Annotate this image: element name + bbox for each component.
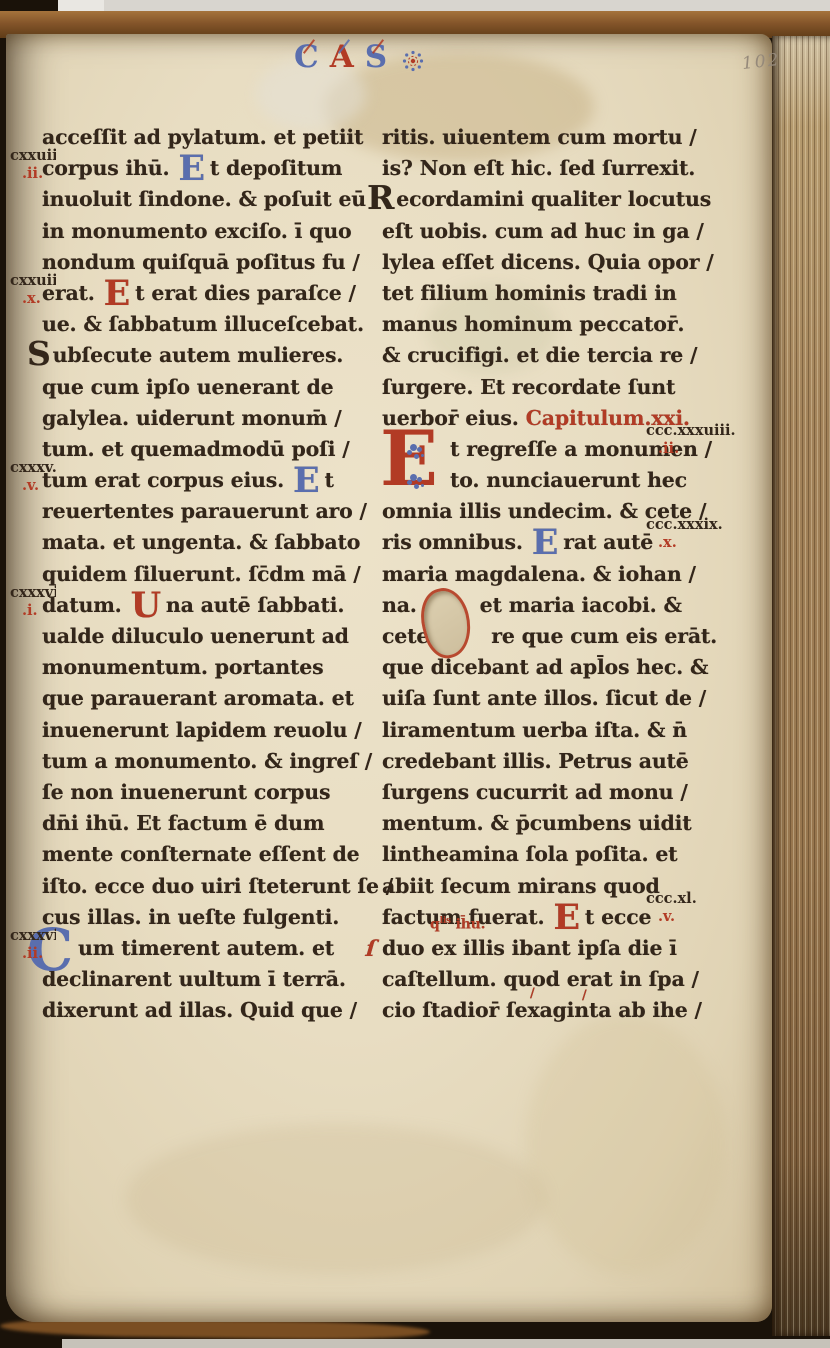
section-number: ccc.xxxix. [646, 516, 723, 533]
gloss-text: ih̄u. [451, 917, 485, 933]
gloss-superscript: lis [440, 916, 451, 926]
section-number: cxxxv. [10, 459, 56, 476]
text-line: que dicebant ad apl̄os hec. & [382, 652, 734, 683]
body-text: quidem ſiluerunt. ſc̄dm mā / [42, 562, 361, 586]
initial-dot-ornament [410, 474, 417, 481]
canon-number: .v. [22, 476, 56, 496]
body-text: na. [382, 593, 424, 617]
marginal-section-number: ccc.xxxuiii..ii. [646, 422, 736, 459]
initial-letter: E [530, 522, 563, 563]
text-line: ſurgere. Et recordate ſunt [382, 372, 734, 403]
manuscript-scan: CAS 102 acceſſit ad pylatum. et petiitco… [0, 0, 830, 1348]
marginal-section-number: ccc.xl..v. [646, 890, 697, 927]
initial-dot-ornament [410, 444, 417, 451]
text-line: ualde diluculo uenerunt ad [42, 621, 376, 652]
body-text: t [324, 468, 333, 492]
body-text: tet filium hominis tradi in [382, 281, 677, 305]
initial-letter: R [367, 178, 396, 217]
body-text: maria magdalena. & iohan / [382, 562, 696, 586]
text-line: in monumento exciſo. ī quo [42, 216, 376, 247]
text-line: Subſecute autem mulieres. [27, 340, 376, 371]
body-text: ſurgere. Et recordate ſunt [382, 375, 675, 399]
pen-flourish [372, 39, 384, 54]
text-line: duo ex illis ibant ipſa die ī [382, 933, 734, 964]
canon-number: .ii. [22, 944, 56, 964]
text-line: inuoluit ſindone. & poſuit eū [42, 184, 376, 215]
text-line: dn̄i ihū. Et factum ē dum [42, 808, 376, 839]
body-text: inuenerunt lapidem reuolu / [42, 718, 362, 742]
body-text: liramentum uerba iſta. & n̄ [382, 718, 687, 742]
text-line: tum. et quemadmodū poſi / [42, 434, 376, 465]
initial-letter: E [551, 897, 584, 938]
body-text: reuertentes parauerunt aro / [42, 499, 367, 523]
initial-letter: E [176, 148, 209, 189]
text-line: galylea. uiderunt monum̄ / [42, 403, 376, 434]
text-line: is? Non eſt hic. ſed ſurrexit. [382, 153, 734, 184]
parchment-stain [526, 1014, 726, 1274]
text-line: mentum. & p̄cumbens uidit [382, 808, 734, 839]
text-line: corpus ihū. Et depoſitum [42, 153, 376, 184]
body-text: duo ex illis ibant ipſa die ī [382, 936, 677, 960]
canon-number: .x. [22, 289, 56, 309]
text-line: mata. et ungenta. & ſabbato [42, 527, 376, 558]
text-line: lylea eſſet dicens. Quia opor / [382, 247, 734, 278]
text-line: quidem ſiluerunt. ſc̄dm mā / [42, 559, 376, 590]
running-title-letter: A [330, 42, 354, 73]
body-text: cio ſtadior̄ ſexaginta ab ihe / [382, 998, 702, 1022]
body-text: que cum ipſo uenerant de [42, 375, 333, 399]
body-text: corpus ihū. [42, 156, 176, 180]
body-text: ecordamini qualiter locutus [396, 187, 711, 211]
parchment-page: CAS 102 acceſſit ad pylatum. et petiitco… [6, 34, 772, 1322]
book-fore-edge-pages [772, 36, 830, 1336]
body-text: ris omnibus. [382, 530, 530, 554]
text-column-left: acceſſit ad pylatum. et petiitcorpus ihū… [42, 122, 376, 1026]
section-number: cxxuiii. [10, 272, 56, 289]
text-line: cio ſtadior̄ ſexaginta ab ihe / [382, 995, 734, 1026]
body-text: uiſa ſunt ante illos. ſicut de / [382, 686, 706, 710]
body-text: inuoluit ſindone. & poſuit eū [42, 187, 366, 211]
rosette-ornament-icon [402, 50, 424, 72]
canon-number: .ii. [22, 164, 56, 184]
text-line: monumentum. portantes [42, 652, 376, 683]
pen-flourish [338, 39, 350, 54]
body-text: mentum. & p̄cumbens uidit [382, 811, 691, 835]
canon-number: .x. [658, 533, 723, 553]
text-line: maria magdalena. & iohan / [382, 559, 734, 590]
text-line: que parauerant aromata. et [42, 683, 376, 714]
text-line: manus hominum peccator̄. [382, 309, 734, 340]
text-line: Recordamini qualiter locutus [367, 184, 734, 215]
text-line: iſto. ecce duo uiri ſteterunt ſe / [42, 871, 376, 902]
body-text: is? Non eſt hic. ſed ſurrexit. [382, 156, 695, 180]
text-line: inuenerunt lapidem reuolu / [42, 715, 376, 746]
body-text: caſtellum. quod erat in ſpa / [382, 967, 699, 991]
body-text: t ecce [585, 905, 651, 929]
body-text: lintheamina ſola poſita. et [382, 842, 677, 866]
body-text: acceſſit ad pylatum. et petiit [42, 125, 363, 149]
canon-number: .v. [658, 907, 697, 927]
text-line: nondum quiſquā poſitus fu / [42, 247, 376, 278]
body-text: monumentum. portantes [42, 655, 323, 679]
running-title-letter: S [365, 42, 387, 73]
body-text: dn̄i ihū. Et factum ē dum [42, 811, 324, 835]
body-text: que parauerant aromata. et [42, 686, 354, 710]
body-text: ſurgens cucurrit ad monu / [382, 780, 688, 804]
text-line: caſtellum. quod erat in ſpa / [382, 964, 734, 995]
body-text: to. nunciauerunt hec [450, 468, 687, 492]
body-text: tum erat corpus eius. [42, 468, 291, 492]
text-line: cus illas. in ueſte fulgenti. [42, 902, 376, 933]
body-text: abiit ſecum mirans quod [382, 874, 660, 898]
body-text: t depoſitum [210, 156, 342, 180]
canon-number: .i. [22, 601, 56, 621]
body-text: declinarent uultum ī terrā. [42, 967, 346, 991]
running-title: CAS [294, 42, 424, 73]
body-text: galylea. uiderunt monum̄ / [42, 406, 341, 430]
initial-letter: E [291, 460, 324, 501]
marginal-section-number: cxxxvii..ii. [10, 927, 56, 964]
section-number: ccc.xxxuiii. [646, 422, 736, 439]
text-line: lintheamina ſola poſita. et [382, 839, 734, 870]
section-number: cxxxvii. [10, 927, 56, 944]
text-line: & crucifigi. et die tercia re / [382, 340, 734, 371]
section-number: cxxxvi. [10, 584, 56, 601]
initial-letter: E [102, 273, 135, 314]
body-text: ritis. uiuentem cum mortu / [382, 125, 697, 149]
text-line: ritis. uiuentem cum mortu / [382, 122, 734, 153]
initial-letter: S [27, 334, 53, 373]
running-title-letter: C [294, 42, 319, 73]
text-line: declinarent uultum ī terrā. [42, 964, 376, 995]
body-text: t erat dies paraſce / [135, 281, 356, 305]
body-text: um timerent autem. et [78, 936, 334, 960]
body-text: mente conſternate eſſent de [42, 842, 360, 866]
text-line: ue. & ſabbatum illuceſcebat. [42, 309, 376, 340]
text-line: um timerent autem. et [42, 933, 376, 964]
body-text: in monumento exciſo. ī quo [42, 219, 352, 243]
parchment-stain [126, 1124, 546, 1274]
text-line: tum erat corpus eius. Et [42, 465, 376, 496]
marginal-section-number: cxxxv..v. [10, 459, 56, 496]
initial-letter: U [129, 585, 166, 626]
canon-number: .ii. [658, 439, 736, 459]
body-text: & crucifigi. et die tercia re / [382, 343, 697, 367]
decorated-initial: E [380, 428, 438, 490]
body-text: ſe non inuenerunt corpus [42, 780, 330, 804]
marginal-section-number: cxxuiii..x. [10, 272, 56, 309]
scanner-background-bottom [62, 1339, 830, 1348]
text-line: liramentum uerba iſta. & n̄ [382, 715, 734, 746]
body-text: mata. et ungenta. & ſabbato [42, 530, 360, 554]
body-text: ubſecute autem mulieres. [53, 343, 344, 367]
gloss-text: q [430, 917, 440, 933]
text-line: erat. Et erat dies paraſce / [42, 278, 376, 309]
text-line: uiſa ſunt ante illos. ſicut de / [382, 683, 734, 714]
section-number: ccc.xl. [646, 890, 697, 907]
text-line: tet filium hominis tradi in [382, 278, 734, 309]
correction-mark: / [582, 988, 587, 1003]
interlinear-gloss: qlis ih̄u. [430, 916, 485, 933]
section-number: cxxuii. [10, 147, 56, 164]
body-text: cus illas. in ueſte fulgenti. [42, 905, 339, 929]
body-text: rat autē [563, 530, 653, 554]
body-text: ualde diluculo uenerunt ad [42, 624, 349, 648]
body-text: iſto. ecce duo uiri ſteterunt ſe / [42, 874, 393, 898]
text-line: tum a monumento. & ingreſ / [42, 746, 376, 777]
marginal-section-number: cxxuii..ii. [10, 147, 56, 184]
body-text: ue. & ſabbatum illuceſcebat. [42, 312, 364, 336]
text-line: datum. Una autē ſabbati. [42, 590, 376, 621]
text-line: ſe non inuenerunt corpus [42, 777, 376, 808]
body-text: re que cum eis erāt. [491, 624, 717, 648]
text-line: mente conſternate eſſent de [42, 839, 376, 870]
text-line: eſt uobis. cum ad huc in ga / [382, 216, 734, 247]
body-text: et maria iacobi. & [480, 593, 682, 617]
text-line: que cum ipſo uenerant de [42, 372, 376, 403]
body-text: eſt uobis. cum ad huc in ga / [382, 219, 704, 243]
marginal-section-number: cxxxvi..i. [10, 584, 56, 621]
body-text: na autē ſabbati. [166, 593, 344, 617]
text-line: dixerunt ad illas. Quid que / [42, 995, 376, 1026]
pen-flourish [303, 39, 315, 54]
body-text: dixerunt ad illas. Quid que / [42, 998, 357, 1022]
text-line: ſurgens cucurrit ad monu / [382, 777, 734, 808]
body-text: credebant illis. Petrus autē [382, 749, 689, 773]
body-text: lylea eſſet dicens. Quia opor / [382, 250, 714, 274]
text-line: reuertentes parauerunt aro / [42, 496, 376, 527]
body-text: nondum quiſquā poſitus fu / [42, 250, 360, 274]
marginal-section-number: ccc.xxxix..x. [646, 516, 723, 553]
body-text: tum a monumento. & ingreſ / [42, 749, 372, 773]
body-text: tum. et quemadmodū poſi / [42, 437, 350, 461]
folio-number: 102 [741, 50, 781, 74]
text-line: credebant illis. Petrus autē [382, 746, 734, 777]
correction-mark: / [530, 986, 535, 1001]
body-text: manus hominum peccator̄. [382, 312, 684, 336]
body-text: que dicebant ad apl̄os hec. & [382, 655, 708, 679]
